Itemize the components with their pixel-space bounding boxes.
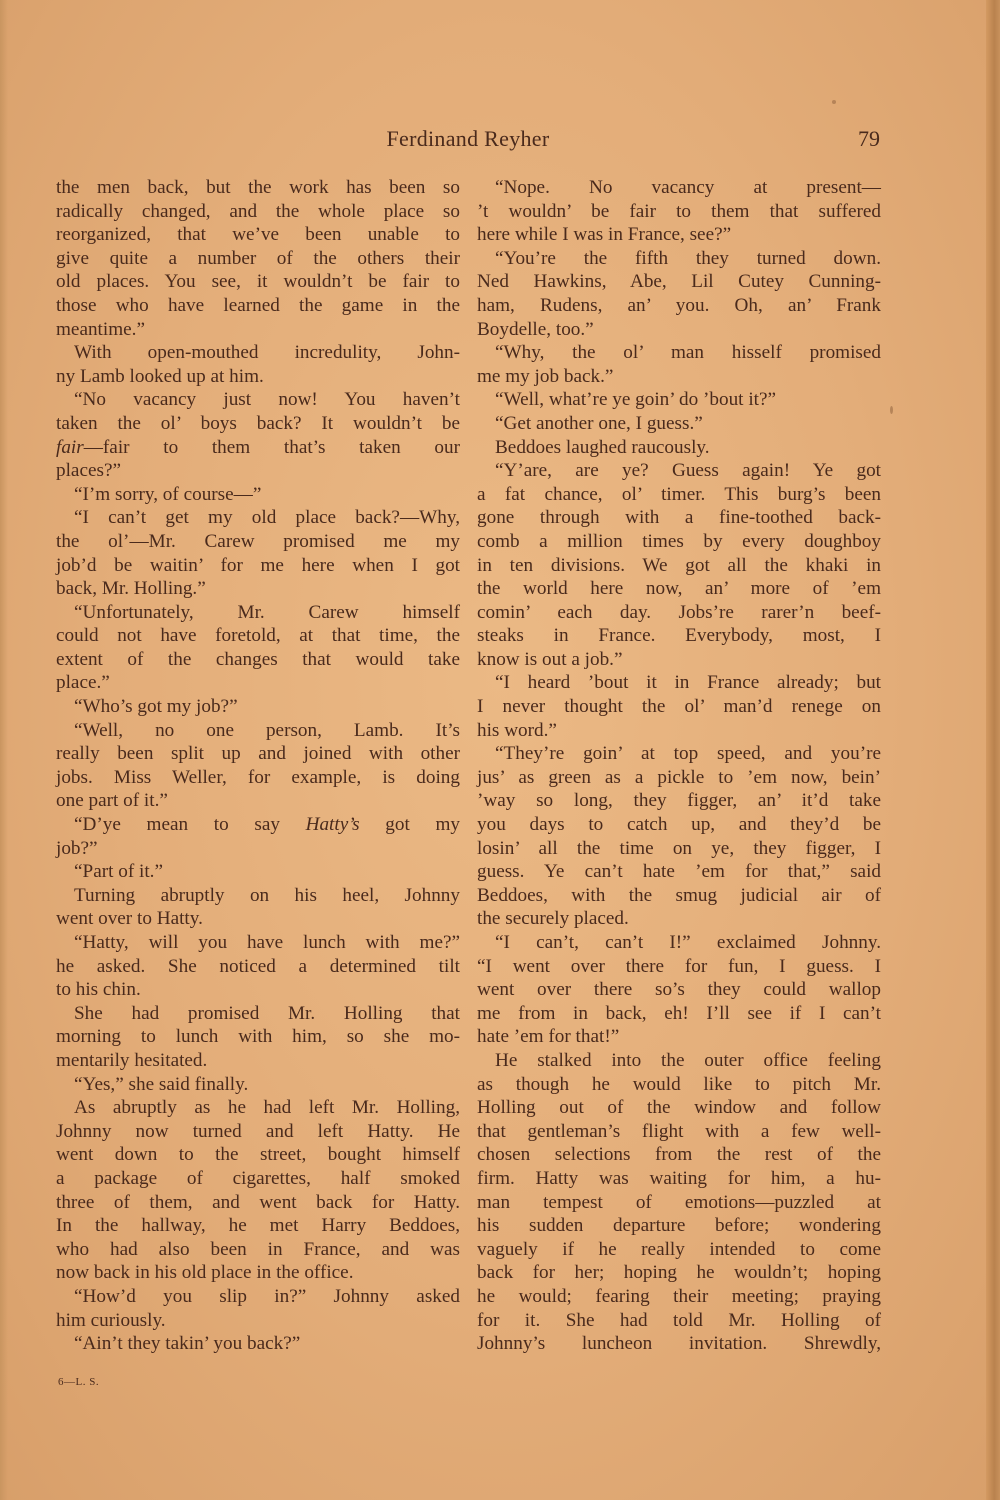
italic-text: Hatty’s bbox=[306, 814, 360, 835]
text-line: the men back, but the work has been so bbox=[56, 176, 460, 200]
text-line: gone through with a fine-toothed back- bbox=[477, 506, 881, 530]
text-line: She had promised Mr. Holling that bbox=[56, 1002, 460, 1026]
text-line: mentarily hesitated. bbox=[56, 1049, 460, 1073]
text-line: reorganized, that we’ve been unable to bbox=[56, 223, 460, 247]
text-line: meantime.” bbox=[56, 318, 460, 342]
text-line: Beddoes laughed raucously. bbox=[477, 436, 881, 460]
text-line: “Who’s got my job?” bbox=[56, 695, 460, 719]
text-line: Beddoes, with the smug judicial air of bbox=[477, 884, 881, 908]
text-line: ’way so long, they figger, an’ it’d take bbox=[477, 789, 881, 813]
text-line: went over to Hatty. bbox=[56, 907, 460, 931]
text-line: man tempest of emotions—puzzled at bbox=[477, 1191, 881, 1215]
text-line: places?” bbox=[56, 459, 460, 483]
text-line: those who have learned the game in the bbox=[56, 294, 460, 318]
text-line: Turning abruptly on his heel, Johnny bbox=[56, 884, 460, 908]
text-line: his sudden departure before; wondering bbox=[477, 1214, 881, 1238]
text-line: me my job back.” bbox=[477, 365, 881, 389]
text-line: he asked. She noticed a determined tilt bbox=[56, 955, 460, 979]
text-line: for it. She had told Mr. Holling of bbox=[477, 1309, 881, 1333]
paper-speck bbox=[832, 100, 836, 104]
text-line: a fat chance, ol’ timer. This burg’s bee… bbox=[477, 483, 881, 507]
text-line: went over there so’s they could wallop bbox=[477, 978, 881, 1002]
text-line: firm. Hatty was waiting for him, a hu- bbox=[477, 1167, 881, 1191]
text-line: “Y’are, are ye? Guess again! Ye got bbox=[477, 459, 881, 483]
text-line: “Why, the ol’ man hisself promised bbox=[477, 341, 881, 365]
text-line: comb a million times by every doughboy bbox=[477, 530, 881, 554]
text-line: “I’m sorry, of course—” bbox=[56, 483, 460, 507]
text-line: old places. You see, it wouldn’t be fair… bbox=[56, 270, 460, 294]
text-line: “How’d you slip in?” Johnny asked bbox=[56, 1285, 460, 1309]
text-line: “Well, what’re ye goin’ do ’bout it?” bbox=[477, 388, 881, 412]
page-number: 79 bbox=[858, 126, 880, 152]
text-line: morning to lunch with him, so she mo- bbox=[56, 1025, 460, 1049]
text-line: you days to catch up, and they’d be bbox=[477, 813, 881, 837]
text-line: back, Mr. Holling.” bbox=[56, 577, 460, 601]
text-line: jobs. Miss Weller, for example, is doing bbox=[56, 766, 460, 790]
text-line: “Nope. No vacancy at present— bbox=[477, 176, 881, 200]
text-line: to his chin. bbox=[56, 978, 460, 1002]
text-line: now back in his old place in the office. bbox=[56, 1261, 460, 1285]
text-line: hate ’em for that!” bbox=[477, 1025, 881, 1049]
right-text-column: “Nope. No vacancy at present—’t wouldn’ … bbox=[477, 176, 881, 1356]
text-line: “They’re goin’ at top speed, and you’re bbox=[477, 742, 881, 766]
text-line: guess. Ye can’t hate ’em for that,” said bbox=[477, 860, 881, 884]
text-line: one part of it.” bbox=[56, 789, 460, 813]
text-line: know is out a job.” bbox=[477, 648, 881, 672]
text-line: him curiously. bbox=[56, 1309, 460, 1333]
text-line: went down to the street, bought himself bbox=[56, 1143, 460, 1167]
running-head: Ferdinand Reyher 79 bbox=[56, 126, 880, 156]
text-line: “Ain’t they takin’ you back?” bbox=[56, 1332, 460, 1356]
text-line: as though he would like to pitch Mr. bbox=[477, 1073, 881, 1097]
text-line: here while I was in France, see?” bbox=[477, 223, 881, 247]
signature-mark: 6—L. S. bbox=[58, 1376, 99, 1388]
text-line: “You’re the fifth they turned down. bbox=[477, 247, 881, 271]
text-line: jus’ as green as a pickle to ’em now, be… bbox=[477, 766, 881, 790]
text-line: place.” bbox=[56, 671, 460, 695]
text-line: could not have foretold, at that time, t… bbox=[56, 624, 460, 648]
text-line: I never thought the ol’ man’d renege on bbox=[477, 695, 881, 719]
page-left-edge bbox=[0, 0, 8, 1500]
text-line: losin’ all the time on ye, they figger, … bbox=[477, 837, 881, 861]
text-line: three of them, and went back for Hatty. bbox=[56, 1191, 460, 1215]
text-line: “D’ye mean to say Hatty’s got my bbox=[56, 813, 460, 837]
paper-speck bbox=[890, 406, 893, 414]
text-line: radically changed, and the whole place s… bbox=[56, 200, 460, 224]
text-line: taken the ol’ boys back? It wouldn’t be bbox=[56, 412, 460, 436]
text-line: the ol’—Mr. Carew promised me my bbox=[56, 530, 460, 554]
text-line: the securely placed. bbox=[477, 907, 881, 931]
text-line: “Part of it.” bbox=[56, 860, 460, 884]
text-line: a package of cigarettes, half smoked bbox=[56, 1167, 460, 1191]
text-line: In the hallway, he met Harry Beddoes, bbox=[56, 1214, 460, 1238]
text-line: “Unfortunately, Mr. Carew himself bbox=[56, 601, 460, 625]
text-line: “Well, no one person, Lamb. It’s bbox=[56, 719, 460, 743]
text-line: give quite a number of the others their bbox=[56, 247, 460, 271]
text-line: “No vacancy just now! You haven’t bbox=[56, 388, 460, 412]
text-line: He stalked into the outer office feeling bbox=[477, 1049, 881, 1073]
text-line: Johnny’s luncheon invitation. Shrewdly, bbox=[477, 1332, 881, 1356]
text-line: ny Lamb looked up at him. bbox=[56, 365, 460, 389]
text-line: comin’ each day. Jobs’re rarer’n beef- bbox=[477, 601, 881, 625]
text-line: ham, Rudens, an’ you. Oh, an’ Frank bbox=[477, 294, 881, 318]
text-line: that gentleman’s flight with a few well- bbox=[477, 1120, 881, 1144]
text-line: Ned Hawkins, Abe, Lil Cutey Cunning- bbox=[477, 270, 881, 294]
text-line: fair—fair to them that’s taken our bbox=[56, 436, 460, 460]
text-line: in ten divisions. We got all the khaki i… bbox=[477, 554, 881, 578]
text-line: really been split up and joined with oth… bbox=[56, 742, 460, 766]
text-line: As abruptly as he had left Mr. Holling, bbox=[56, 1096, 460, 1120]
text-line: he would; fearing their meeting; praying bbox=[477, 1285, 881, 1309]
text-line: With open-mouthed incredulity, John- bbox=[56, 341, 460, 365]
text-line: ’t wouldn’ be fair to them that suffered bbox=[477, 200, 881, 224]
text-line: “Hatty, will you have lunch with me?” bbox=[56, 931, 460, 955]
text-line: “I can’t get my old place back?—Why, bbox=[56, 506, 460, 530]
text-line: “I went over there for fun, I guess. I bbox=[477, 955, 881, 979]
text-line: job?” bbox=[56, 837, 460, 861]
text-line: job’d be waitin’ for me here when I got bbox=[56, 554, 460, 578]
text-line: the world here now, an’ more of ’em bbox=[477, 577, 881, 601]
left-text-column: the men back, but the work has been sora… bbox=[56, 176, 460, 1356]
text-line: back for her; hoping he wouldn’t; hoping bbox=[477, 1261, 881, 1285]
text-line: who had also been in France, and was bbox=[56, 1238, 460, 1262]
text-line: “I can’t, can’t I!” exclaimed Johnny. bbox=[477, 931, 881, 955]
text-line: me from in back, eh! I’ll see if I can’t bbox=[477, 1002, 881, 1026]
text-line: chosen selections from the rest of the bbox=[477, 1143, 881, 1167]
text-line: “Yes,” she said finally. bbox=[56, 1073, 460, 1097]
text-line: Boydelle, too.” bbox=[477, 318, 881, 342]
text-line: his word.” bbox=[477, 719, 881, 743]
text-line: Holling out of the window and follow bbox=[477, 1096, 881, 1120]
running-head-author: Ferdinand Reyher bbox=[56, 126, 880, 152]
text-line: “Get another one, I guess.” bbox=[477, 412, 881, 436]
italic-text: fair bbox=[56, 437, 84, 458]
text-line: “I heard ’bout it in France already; but bbox=[477, 671, 881, 695]
text-line: Johnny now turned and left Hatty. He bbox=[56, 1120, 460, 1144]
text-line: steaks in France. Everybody, most, I bbox=[477, 624, 881, 648]
text-line: extent of the changes that would take bbox=[56, 648, 460, 672]
page-right-edge bbox=[986, 0, 1000, 1500]
text-line: vaguely if he really intended to come bbox=[477, 1238, 881, 1262]
